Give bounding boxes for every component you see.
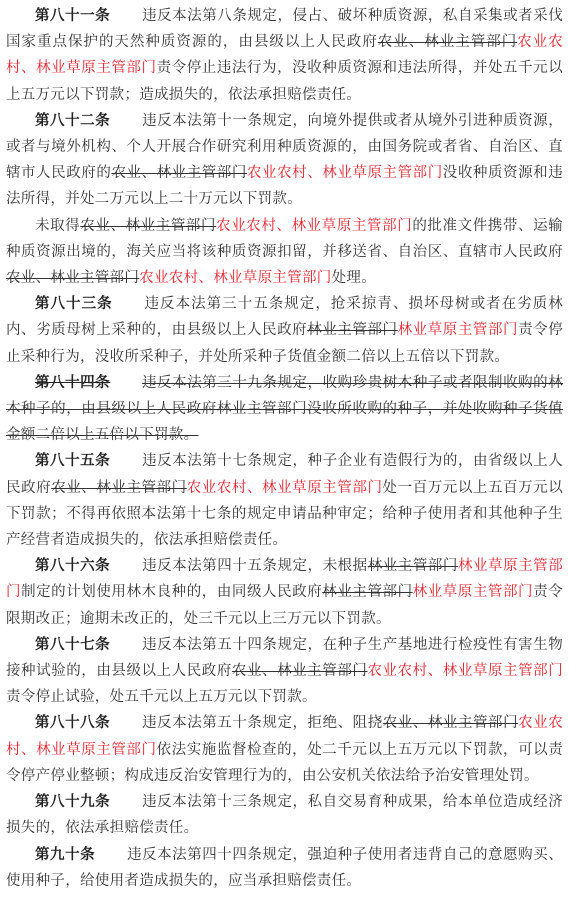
- deleted-text: 农业、林业主管部门: [232, 663, 368, 679]
- document-body: 第八十一条违反本法第八条规定，侵占、破坏种质资源，私自采集或者采伐国家重点保护的…: [0, 0, 569, 894]
- article-number: 第九十条: [35, 846, 95, 863]
- article-text: 制定的计划使用林木良种的，由同级人民政府: [21, 584, 322, 600]
- deleted-text: 农业、林业主管部门: [80, 218, 216, 234]
- inserted-text: 农业农村、林业草原主管部门: [187, 480, 383, 496]
- deleted-text: 林业主管部门: [307, 322, 397, 338]
- deleted-text: 农业、林业主管部门: [111, 165, 247, 181]
- deleted-text: 农业、林业主管部门: [378, 34, 517, 50]
- article-number: 第八十五条: [35, 452, 110, 469]
- article-paragraph-8: 第八十七条违反本法第五十四条规定，在种子生产基地进行检疫性有害生物接种试验的，由…: [6, 632, 563, 711]
- article-paragraph-9: 第八十八条违反本法第五十条规定，拒绝、阻挠农业、林业主管部门农业农村、林业草原主…: [6, 710, 563, 789]
- inserted-text: 林业草原主管部门: [413, 584, 533, 600]
- article-number: 第八十七条: [35, 636, 110, 653]
- article-text: 违反本法第四十五条规定，未根据: [142, 558, 368, 574]
- article-number: 第八十二条: [35, 112, 110, 129]
- article-text: 违反本法第五十条规定，拒绝、阻挠: [142, 715, 383, 731]
- inserted-text: 农业农村、林业草原主管部门: [216, 218, 412, 234]
- article-number: 第八十九条: [35, 793, 110, 810]
- inserted-text: 农业农村、林业草原主管部门: [139, 270, 331, 286]
- article-paragraph-10: 第八十九条违反本法第十三条规定，私自交易育种成果，给本单位造成经济损失的，依法承…: [6, 789, 563, 841]
- article-number: 第八十八条: [35, 714, 110, 731]
- inserted-text: 农业农村、林业草原主管部门: [367, 663, 563, 679]
- article-number: 第八十四条: [35, 374, 110, 391]
- deleted-text: 农业、林业主管部门: [383, 715, 518, 731]
- article-paragraph-11: 第九十条违反本法第四十四条规定，强迫种子使用者违背自己的意愿购买、使用种子，给使…: [6, 842, 563, 894]
- deleted-text: 农业、林业主管部门: [6, 270, 139, 286]
- article-paragraph-1: 第八十一条违反本法第八条规定，侵占、破坏种质资源，私自采集或者采伐国家重点保护的…: [6, 3, 563, 108]
- article-number: 第八十三条: [35, 295, 113, 312]
- deleted-text: 林业主管部门: [368, 558, 458, 574]
- article-paragraph-5: 第八十四条违反本法第三十九条规定，收购珍贵树木种子或者限制收购的林木种子的，由县…: [6, 370, 563, 449]
- article-number: 第八十六条: [35, 557, 110, 574]
- article-paragraph-7: 第八十六条违反本法第四十五条规定，未根据林业主管部门林业草原主管部门制定的计划使…: [6, 553, 563, 632]
- inserted-text: 林业草原主管部门: [398, 322, 518, 338]
- article-text: 处理。: [332, 270, 376, 286]
- deleted-text: 林业主管部门: [322, 584, 412, 600]
- article-number: 第八十一条: [35, 7, 110, 24]
- article-paragraph-6: 第八十五条违反本法第十七条规定，种子企业有造假行为的，由省级以上人民政府农业、林…: [6, 448, 563, 553]
- article-paragraph-2: 第八十二条违反本法第十一条规定，向境外提供或者从境外引进种质资源，或者与境外机构…: [6, 108, 563, 213]
- deleted-text: 农业、林业主管部门: [51, 480, 187, 496]
- article-text: 未取得: [35, 218, 80, 234]
- article-paragraph-3: 未取得农业、林业主管部门农业农村、林业草原主管部门的批准文件携带、运输种质资源出…: [6, 213, 563, 292]
- article-paragraph-4: 第八十三条违反本法第三十五条规定，抢采掠青、损坏母树或者在劣质林内、劣质母树上采…: [6, 291, 563, 370]
- inserted-text: 农业农村、林业草原主管部门: [247, 165, 443, 181]
- article-text: 责令停止试验，处五千元以上五万元以下罚款。: [6, 689, 317, 705]
